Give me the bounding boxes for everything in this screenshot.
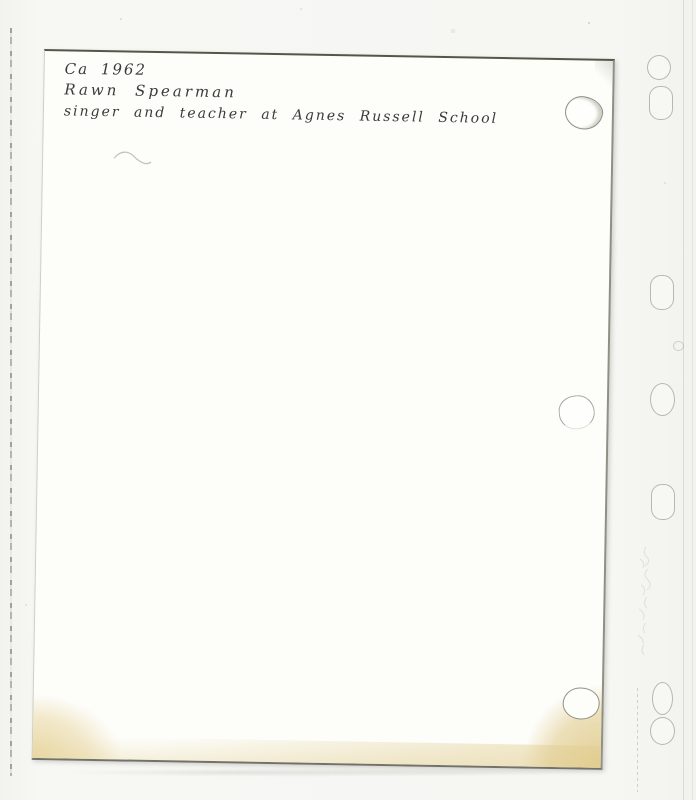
paper-hole (557, 394, 596, 431)
pencil-squiggle-mark (111, 148, 153, 169)
sleeve-embossed-marking (626, 543, 662, 659)
sleeve-texture-line (683, 0, 684, 800)
aged-bottom-band (33, 736, 601, 768)
caption-date-line: Ca 1962 (65, 58, 499, 85)
scan-artifact-dot (673, 341, 684, 351)
photo-back-paper: Ca 1962 Rawn Spearman singer and teacher… (32, 49, 615, 770)
paper-hole (563, 94, 606, 133)
sleeve-texture-dotted-line (637, 688, 638, 792)
sleeve-left-edge-line (10, 28, 12, 776)
sleeve-texture-line (692, 0, 693, 800)
sleeve-punch-hole (650, 383, 675, 416)
paper-hole (562, 687, 600, 720)
corner-smudge (594, 61, 613, 91)
sleeve-punch-hole (647, 55, 671, 80)
scan-dust-specks (0, 0, 2, 2)
sleeve-punch-hole (652, 682, 673, 715)
sleeve-punch-hole (650, 275, 674, 310)
sleeve-punch-hole (650, 717, 675, 745)
scan-smudge (60, 770, 600, 775)
sleeve-punch-hole (651, 484, 675, 520)
sleeve-punch-hole (649, 86, 673, 120)
scanned-album-page: { "photo_back": { "caption_lines": { "li… (0, 0, 696, 800)
aged-corner-bottom-left (33, 663, 195, 761)
handwritten-caption: Ca 1962 Rawn Spearman singer and teacher… (64, 56, 499, 130)
